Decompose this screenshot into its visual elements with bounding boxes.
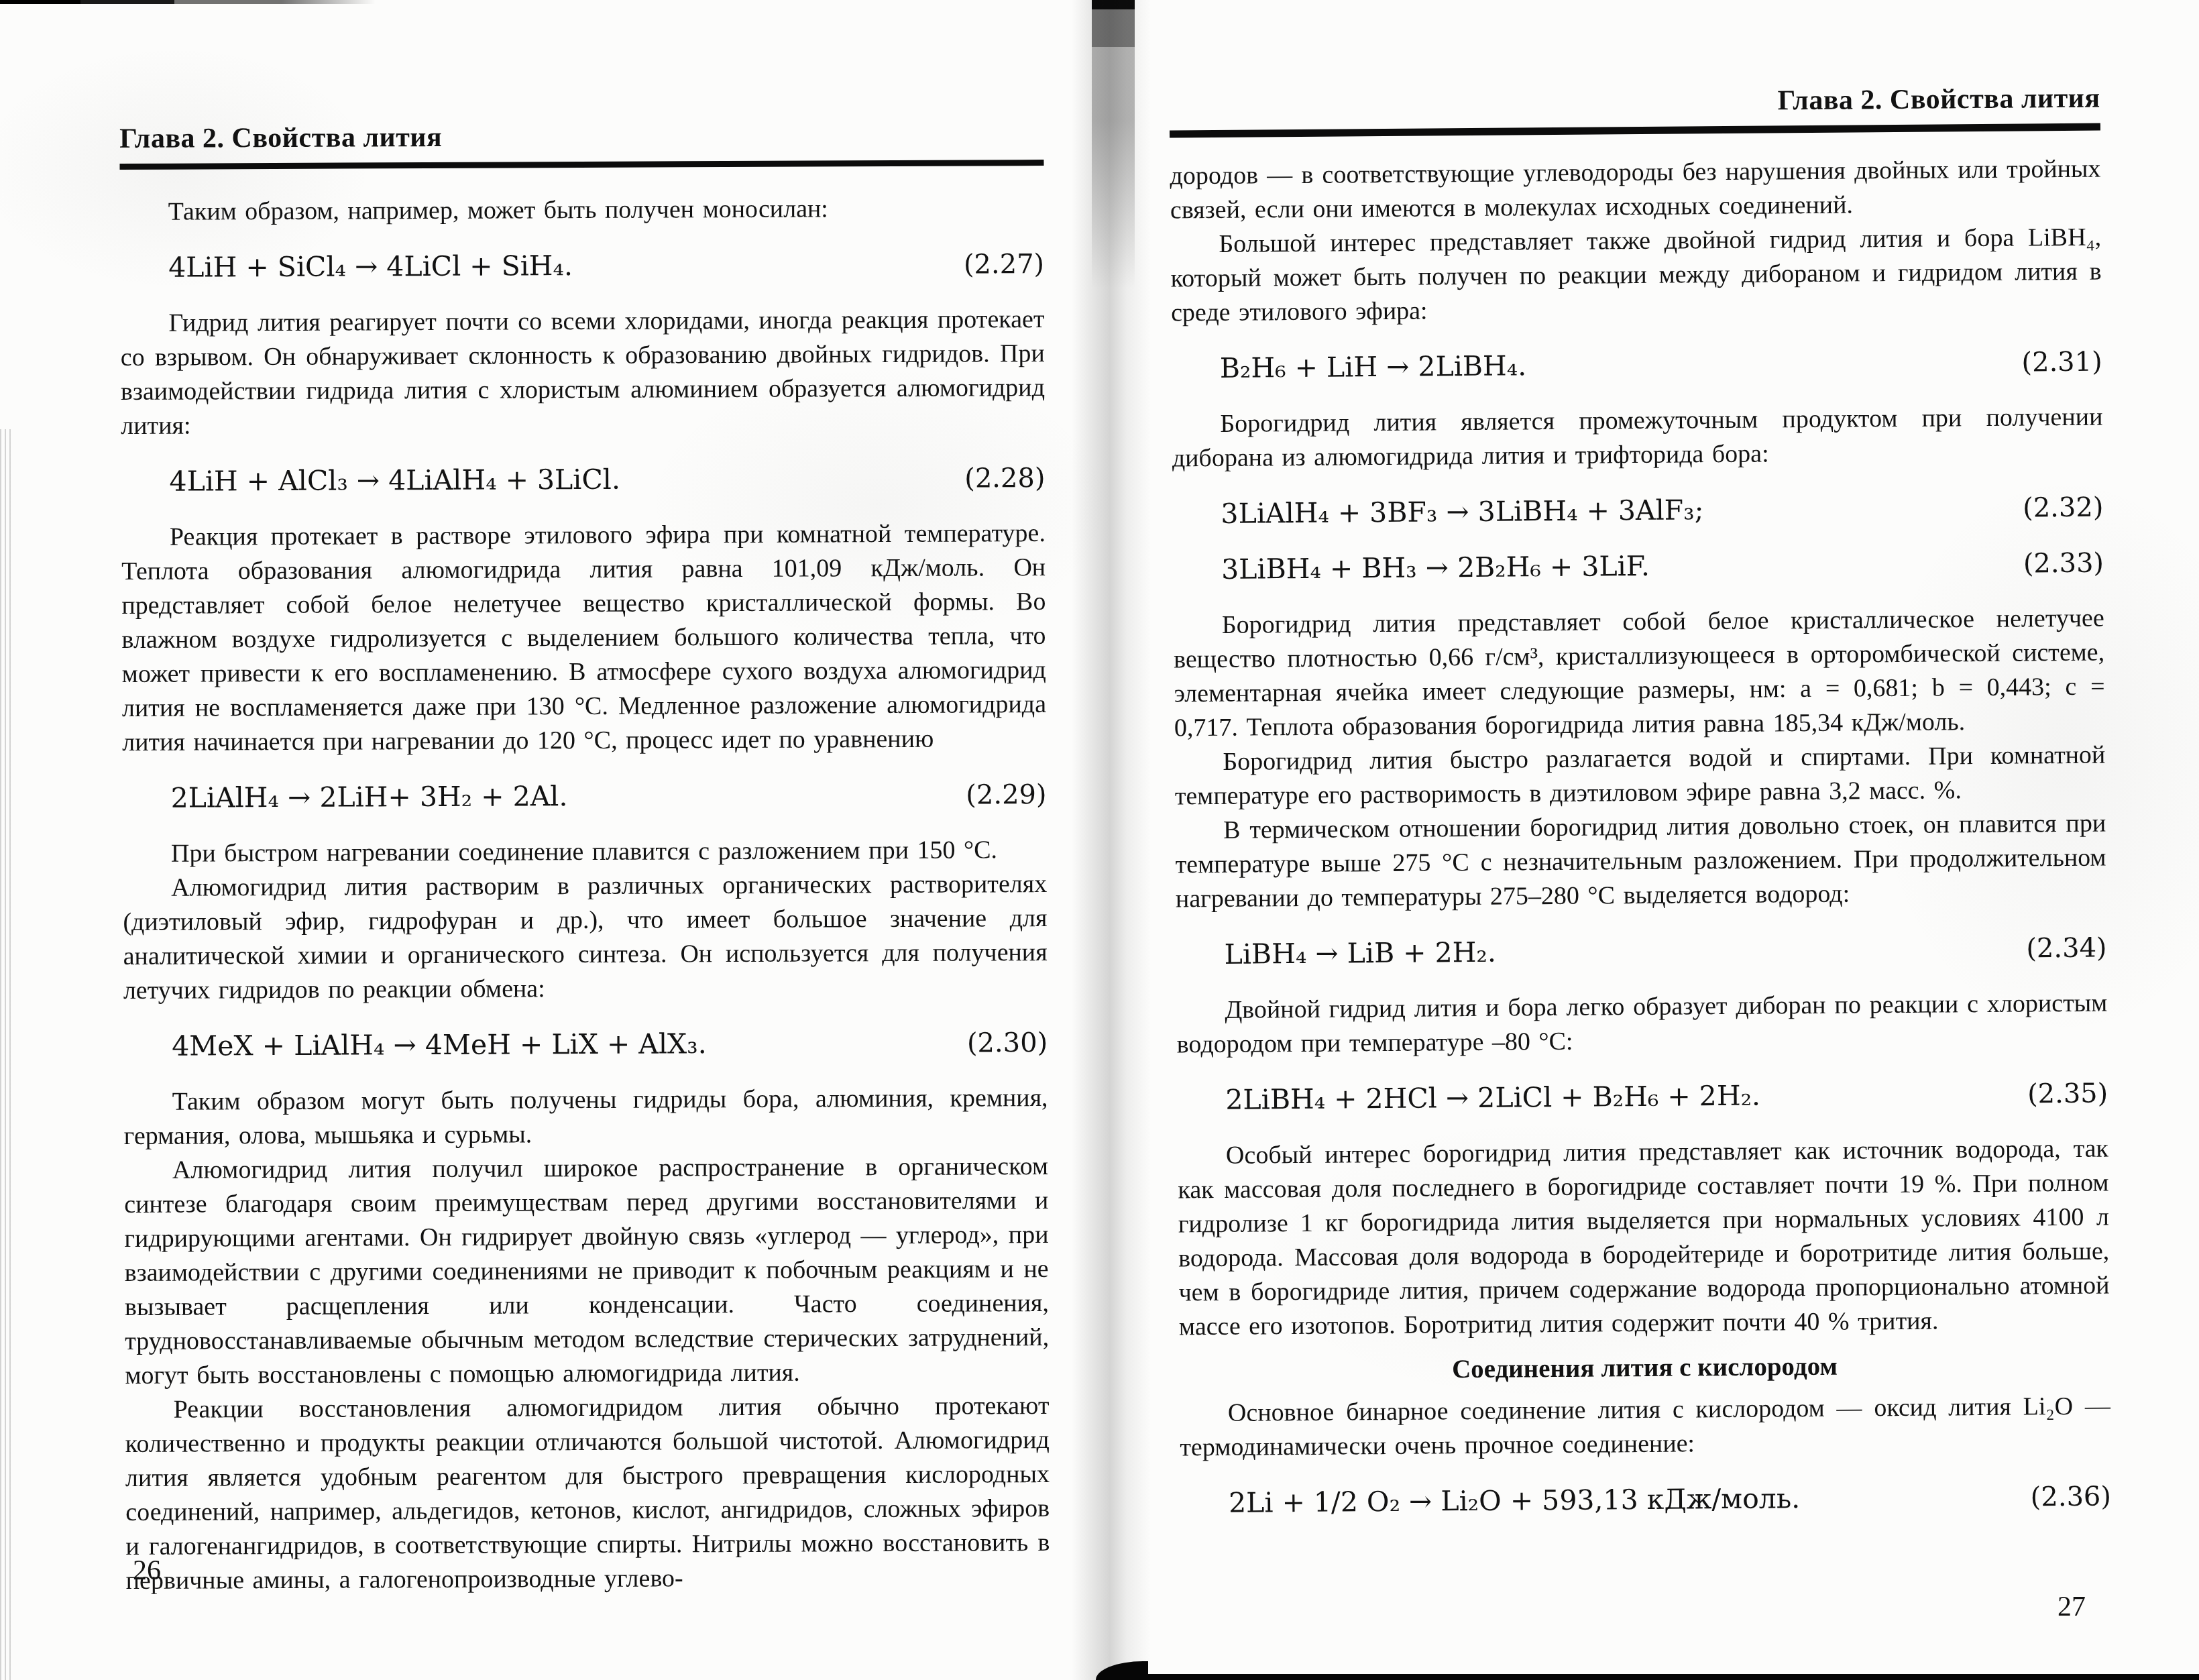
paragraph: Двойной гидрид лития и бора легко образу… — [1176, 987, 2108, 1062]
paragraph: Таким образом могут быть получены гидрид… — [123, 1081, 1048, 1154]
right-page: Глава 2. Свойства лития дородов — в соот… — [1170, 82, 2112, 1543]
gutter-top-shadow — [1092, 0, 1135, 288]
header-rule-right — [1170, 123, 2100, 138]
equation: 2LiAlH₄ → 2LiH+ 3H₂ + 2Al. (2.29) — [122, 777, 1046, 816]
equation-formula: 2Li + 1/2 O₂ → Li₂O + 593,13 кДж/моль. — [1229, 1481, 1800, 1520]
paragraph: Реакция протекает в растворе этилового э… — [121, 516, 1047, 760]
paragraph: В термическом отношении борогидрид лития… — [1175, 807, 2106, 917]
equation-formula: 2LiAlH₄ → 2LiH+ 3H₂ + 2Al. — [170, 779, 567, 815]
equation-formula: LiBH₄ → LiB + 2H₂. — [1224, 936, 1496, 971]
equation: 4LiH + SiCl₄ → 4LiCl + SiH₄. (2.27) — [120, 247, 1044, 285]
paragraph: Гидрид лития реагирует почти со всеми хл… — [120, 302, 1045, 443]
paragraph: дородов — в соответствующие углеводороды… — [1170, 152, 2101, 228]
equation: B₂H₆ + LiH → 2LiBH₄. (2.31) — [1172, 345, 2102, 386]
equation: 4LiH + AlCl₃ → 4LiAlH₄ + 3LiCl. (2.28) — [121, 461, 1045, 499]
equation-number: (2.28) — [964, 461, 1045, 496]
bottom-edge-line — [1108, 1674, 2199, 1680]
right-page-body: дородов — в соответствующие углеводороды… — [1170, 152, 2111, 1521]
header-rule-left — [119, 160, 1044, 170]
paragraph: Борогидрид лития является промежуточным … — [1172, 400, 2103, 476]
top-edge-mark — [0, 0, 376, 4]
equation: 4MeX + LiAlH₄ → 4MeH + LiX + AlX₃. (2.30… — [123, 1025, 1048, 1064]
paragraph: Таким образом, например, может быть полу… — [120, 191, 1044, 229]
paragraph: Большой интерес представляет также двойн… — [1170, 221, 2102, 331]
paragraph: Особый интерес борогидрид лития представ… — [1178, 1132, 2110, 1345]
equation-number: (2.32) — [2023, 491, 2104, 525]
equation-number: (2.27) — [964, 247, 1044, 282]
equation-number: (2.29) — [966, 778, 1046, 812]
equation-formula: B₂H₆ + LiH → 2LiBH₄. — [1220, 349, 1527, 385]
paragraph: Борогидрид лития представляет собой бело… — [1174, 602, 2106, 746]
paragraph: Основное бинарное соединение лития с кис… — [1180, 1390, 2111, 1465]
chapter-header-left: Глава 2. Свойства лития — [119, 119, 1044, 155]
left-edge-scan-lines — [0, 429, 13, 1680]
paragraph: Алюмогидрид лития получил широкое распро… — [124, 1150, 1050, 1393]
paragraph: Реакции восстановления алюмогидридом лит… — [125, 1389, 1050, 1598]
equation: 2Li + 1/2 O₂ → Li₂O + 593,13 кДж/моль. (… — [1180, 1479, 2111, 1521]
equation-number: (2.35) — [2027, 1077, 2108, 1111]
equation-number: (2.33) — [2023, 547, 2104, 581]
equation-number: (2.34) — [2026, 932, 2107, 966]
equation-number: (2.36) — [2031, 1480, 2112, 1514]
equation-number: (2.30) — [967, 1026, 1048, 1060]
page-number-left: 26 — [133, 1555, 161, 1587]
equation-formula: 2LiBH₄ + 2HCl → 2LiCl + B₂H₆ + 2H₂. — [1225, 1079, 1760, 1117]
book-scan-page: Глава 2. Свойства лития Таким образом, н… — [0, 0, 2199, 1680]
equation: 2LiBH₄ + 2HCl → 2LiCl + B₂H₆ + 2H₂. (2.3… — [1177, 1076, 2108, 1118]
equation-formula: 4MeX + LiAlH₄ → 4MeH + LiX + AlX₃. — [172, 1027, 707, 1062]
paragraph: Борогидрид лития быстро разлагается водо… — [1174, 738, 2106, 814]
paragraph: При быстром нагревании соединение плавит… — [123, 833, 1047, 871]
equation-formula: 4LiH + SiCl₄ → 4LiCl + SiH₄. — [168, 249, 573, 284]
left-page: Глава 2. Свойства лития Таким образом, н… — [119, 119, 1050, 1598]
equation: 3LiBH₄ + BH₃ → 2B₂H₆ + 3LiF. (2.33) — [1173, 546, 2104, 587]
chapter-header-right: Глава 2. Свойства лития — [1170, 82, 2100, 122]
equation-formula: 3LiBH₄ + BH₃ → 2B₂H₆ + 3LiF. — [1221, 549, 1650, 586]
left-page-body: Таким образом, например, может быть полу… — [120, 191, 1050, 1598]
equation-formula: 3LiAlH₄ + 3BF₃ → 3LiBH₄ + 3AlF₃; — [1221, 493, 1703, 530]
page-number-right: 27 — [2057, 1591, 2086, 1623]
equation: LiBH₄ → LiB + 2H₂. (2.34) — [1176, 931, 2106, 972]
equation-formula: 4LiH + AlCl₃ → 4LiAlH₄ + 3LiCl. — [169, 463, 620, 498]
equation-number: (2.31) — [2021, 345, 2102, 380]
paragraph: Алюмогидрид лития растворим в различных … — [123, 867, 1048, 1008]
equation: 3LiAlH₄ + 3BF₃ → 3LiBH₄ + 3AlF₃; (2.32) — [1172, 490, 2103, 532]
section-heading: Соединения лития с кислородом — [1179, 1348, 2110, 1389]
